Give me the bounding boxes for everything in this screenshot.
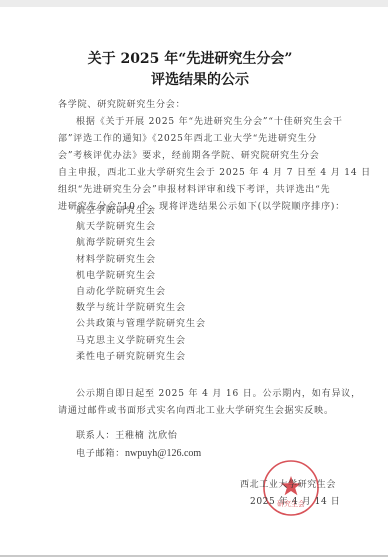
list-item: 机电学院研究生会 (76, 268, 206, 284)
winners-list: 航空学院研究生会 航天学院研究生会 航海学院研究生会 材料学院研究生会 机电学院… (76, 203, 206, 365)
list-item: 航天学院研究生会 (76, 219, 206, 235)
signature-date: 2025 年 4 月 14 日 (250, 494, 340, 507)
intro-line: 自主申报，西北工业大学研究生会于 2025 年 4 月 7 日至 4 月 14 … (58, 165, 340, 182)
list-item: 马克思主义学院研究生会 (76, 333, 206, 349)
list-item: 数学与统计学院研究生会 (76, 300, 206, 316)
document-title-line1: 关于 2025 年“先进研究生分会” (0, 48, 384, 68)
notice-line: 公示期自即日起至 2025 年 4 月 16 日。公示期内，如有异议， (58, 386, 340, 403)
contact-names: 王稚楠 沈欣怡 (115, 431, 177, 441)
list-item: 航空学院研究生会 (76, 203, 206, 219)
intro-line: 根据《关于开展 2025 年“先进研究生分会”“十佳研究生会干 (58, 114, 340, 131)
list-item: 自动化学院研究生会 (76, 284, 206, 300)
notice-line: 请通过邮件或书面形式实名向西北工业大学研究生会据实反映。 (58, 403, 340, 420)
contact-label: 联系人： (76, 431, 115, 441)
intro-line: 会”考核评优办法》要求，经前期各学院、研究院研究生分会 (58, 148, 340, 165)
list-item: 材料学院研究生会 (76, 252, 206, 268)
intro-line: 部”评选工作的通知》《2025年西北工业大学“先进研究生分 (58, 131, 340, 148)
list-item: 航海学院研究生会 (76, 235, 206, 251)
intro-line: 组织“先进研究生分会”申报材料评审和线下考评，共评选出“先 (58, 182, 340, 199)
notice-paragraph: 公示期自即日起至 2025 年 4 月 16 日。公示期内，如有异议， 请通过邮… (58, 386, 340, 420)
contact-person: 联系人：王稚楠 沈欣怡 (76, 428, 178, 441)
email-label: 电子邮箱： (76, 449, 125, 459)
signature-organization: 西北工业大学研究生会 (240, 477, 336, 490)
contact-email: 电子邮箱：nwpuyh@126.com (76, 446, 201, 459)
email-address: nwpuyh@126.com (125, 448, 201, 459)
list-item: 柔性电子研究院研究生会 (76, 349, 206, 365)
salutation: 各学院、研究院研究生分会： (58, 100, 185, 111)
document-title-line2: 评选结果的公示 (6, 69, 388, 89)
top-band (0, 0, 388, 7)
list-item: 公共政策与管理学院研究生会 (76, 316, 206, 332)
intro-paragraph: 根据《关于开展 2025 年“先进研究生分会”“十佳研究生会干 部”评选工作的通… (58, 114, 340, 216)
